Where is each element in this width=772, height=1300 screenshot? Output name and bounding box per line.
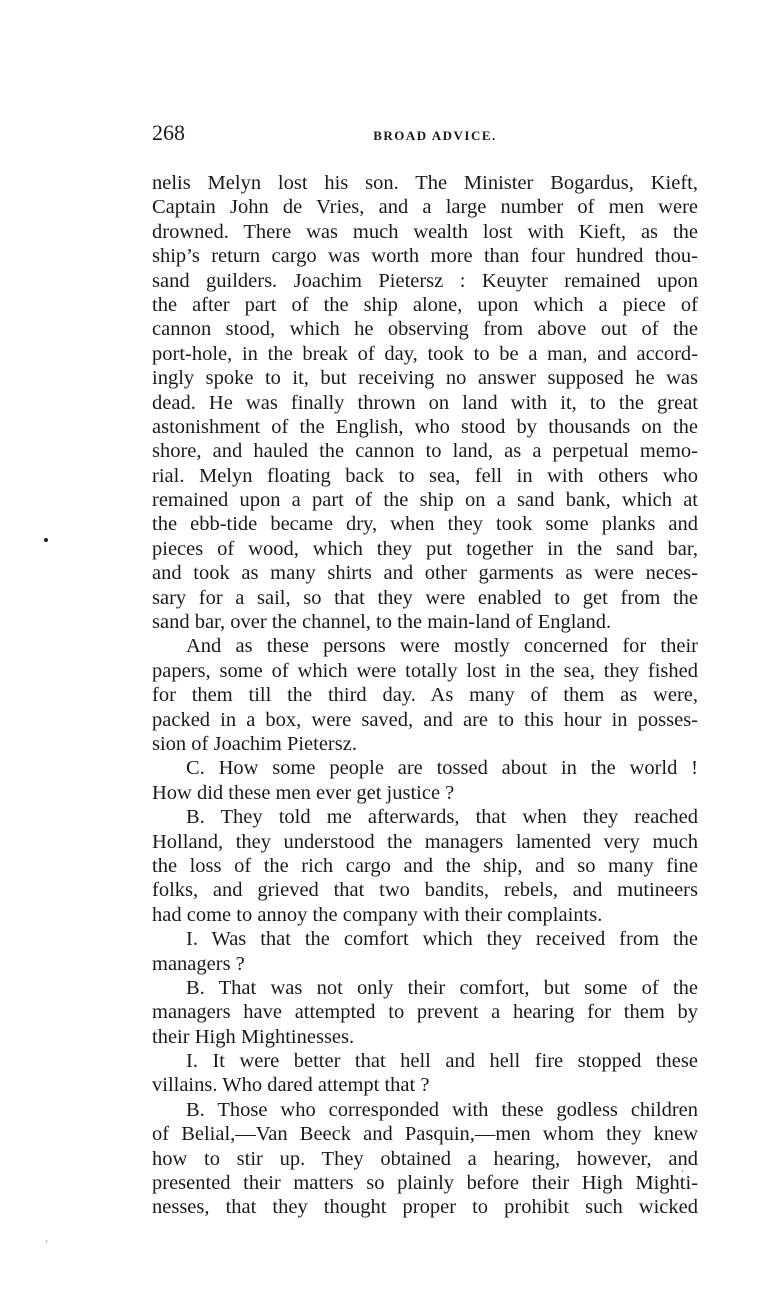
text-line: sand bar, over the channel, to the main-… xyxy=(152,610,698,634)
text-line: nelis Melyn lost his son. The Minister B… xyxy=(152,171,698,195)
text-line: the loss of the rich cargo and the ship,… xyxy=(152,854,698,878)
text-line: of Belial,—Van Beeck and Pasquin,—men wh… xyxy=(152,1122,698,1146)
text-line: sand guilders. Joachim Pietersz : Keuyte… xyxy=(152,269,698,293)
text-line: and took as many shirts and other garmen… xyxy=(152,561,698,585)
text-line: Captain John de Vries, and a large numbe… xyxy=(152,195,698,219)
text-line: Holland, they understood the managers la… xyxy=(152,830,698,854)
text-line: I. Was that the comfort which they recei… xyxy=(152,927,698,951)
text-line: managers have attempted to prevent a hea… xyxy=(152,1000,698,1024)
text-line: their High Mightinesses. xyxy=(152,1025,698,1049)
running-head: BROAD ADVICE. xyxy=(152,121,698,151)
text-line: B. That was not only their comfort, but … xyxy=(152,976,698,1000)
text-line: folks, and grieved that two bandits, reb… xyxy=(152,878,698,902)
text-line: sion of Joachim Pietersz. xyxy=(152,732,698,756)
text-line: drowned. There was much wealth lost with… xyxy=(152,220,698,244)
body-text: nelis Melyn lost his son. The Minister B… xyxy=(152,171,698,1220)
text-line: astonishment of the English, who stood b… xyxy=(152,415,698,439)
text-line: nesses, that they thought proper to proh… xyxy=(152,1195,698,1219)
text-line: sary for a sail, so that they were enabl… xyxy=(152,586,698,610)
text-line: cannon stood, which he observing from ab… xyxy=(152,317,698,341)
text-line: B. They told me afterwards, that when th… xyxy=(152,805,698,829)
text-line: dead. He was finally thrown on land with… xyxy=(152,391,698,415)
text-line: the after part of the ship alone, upon w… xyxy=(152,293,698,317)
page-header: 268 BROAD ADVICE. xyxy=(152,118,698,148)
text-line: ship’s return cargo was worth more than … xyxy=(152,244,698,268)
text-line: had come to annoy the company with their… xyxy=(152,903,698,927)
margin-mark xyxy=(44,538,48,542)
text-line: port-hole, in the break of day, took to … xyxy=(152,342,698,366)
text-line: managers ? xyxy=(152,952,698,976)
text-line: presented their matters so plainly befor… xyxy=(152,1171,698,1195)
text-line: ingly spoke to it, but receiving no answ… xyxy=(152,366,698,390)
text-line: for them till the third day. As many of … xyxy=(152,683,698,707)
text-line: pieces of wood, which they put together … xyxy=(152,537,698,561)
text-line: papers, some of which were totally lost … xyxy=(152,659,698,683)
text-line: packed in a box, were saved, and are to … xyxy=(152,708,698,732)
text-line: how to stir up. They obtained a hearing,… xyxy=(152,1147,698,1171)
text-line: B. Those who corresponded with these god… xyxy=(152,1098,698,1122)
text-line: remained upon a part of the ship on a sa… xyxy=(152,488,698,512)
text-line: How did these men ever get justice ? xyxy=(152,781,698,805)
text-line: And as these persons were mostly concern… xyxy=(152,634,698,658)
text-line: shore, and hauled the cannon to land, as… xyxy=(152,439,698,463)
text-line: the ebb-tide became dry, when they took … xyxy=(152,512,698,536)
text-line: I. It were better that hell and hell fir… xyxy=(152,1049,698,1073)
scan-speck xyxy=(46,1240,48,1243)
text-line: villains. Who dared attempt that ? xyxy=(152,1073,698,1097)
text-line: C. How some people are tossed about in t… xyxy=(152,756,698,780)
text-line: rial. Melyn floating back to sea, fell i… xyxy=(152,464,698,488)
